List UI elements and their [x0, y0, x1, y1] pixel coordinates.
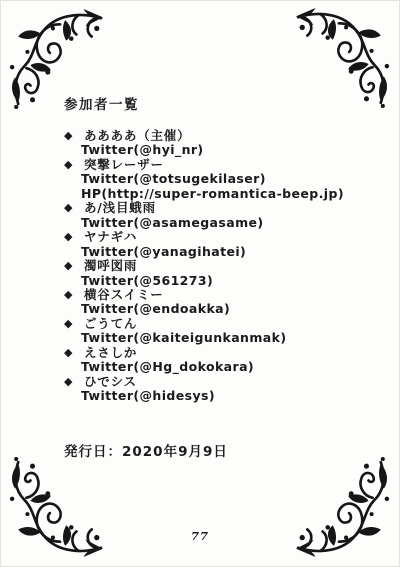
participant-detail: Twitter(@Hg_dokokara) [64, 360, 379, 374]
participant-item: ◆ ああああ（主催） Twitter(@hyi_nr) [64, 129, 379, 158]
diamond-bullet-icon: ◆ [64, 230, 84, 244]
participant-detail: Twitter(@totsugekilaser) [64, 172, 379, 186]
participant-item: ◆ ごうてん Twitter(@kaiteigunkanmak) [64, 317, 379, 346]
participant-detail: Twitter(@561273) [64, 274, 379, 288]
participant-item: ◆ ヤナギハ Twitter(@yanagihatei) [64, 230, 379, 259]
participant-detail: Twitter(@hyi_nr) [64, 143, 379, 157]
participant-details: Twitter(@totsugekilaser)HP(http://super-… [64, 172, 379, 201]
diamond-bullet-icon: ◆ [64, 129, 84, 143]
diamond-bullet-icon: ◆ [64, 201, 84, 215]
diamond-bullet-icon: ◆ [64, 288, 84, 302]
diamond-bullet-icon: ◆ [64, 158, 84, 172]
participant-name: ヤナギハ [84, 230, 137, 244]
participant-detail: Twitter(@asamegasame) [64, 216, 379, 230]
page-number: 77 [1, 529, 399, 543]
participant-details: Twitter(@hidesys) [64, 389, 379, 403]
participant-name: あ/浅目蛾雨 [84, 201, 156, 215]
participant-details: Twitter(@hyi_nr) [64, 143, 379, 157]
participant-detail: Twitter(@endoakka) [64, 302, 379, 316]
participant-item: ◆ あ/浅目蛾雨 Twitter(@asamegasame) [64, 201, 379, 230]
participant-name: 濁呼図雨 [84, 259, 137, 273]
participant-detail: HP(http://super-romantica-beep.jp) [64, 187, 379, 201]
diamond-bullet-icon: ◆ [64, 259, 84, 273]
corner-flourish-ornament-top-right [290, 6, 394, 108]
diamond-bullet-icon: ◆ [64, 375, 84, 389]
credits-page: 参加者一覧 ◆ ああああ（主催） Twitter(@hyi_nr) ◆ 突撃レー… [0, 0, 400, 567]
participant-name: 突撃レーザー [84, 158, 164, 172]
corner-flourish-ornament-bottom-left [5, 457, 109, 559]
participant-details: Twitter(@561273) [64, 274, 379, 288]
participant-detail: Twitter(@hidesys) [64, 389, 379, 403]
participant-details: Twitter(@endoakka) [64, 302, 379, 316]
participant-details: Twitter(@asamegasame) [64, 216, 379, 230]
participant-item: ◆ 横谷スイミー Twitter(@endoakka) [64, 288, 379, 317]
participant-details: Twitter(@yanagihatei) [64, 245, 379, 259]
diamond-bullet-icon: ◆ [64, 317, 84, 331]
participant-name: ごうてん [84, 317, 137, 331]
diamond-bullet-icon: ◆ [64, 346, 84, 360]
participant-name: えさしか [84, 346, 137, 360]
participant-name: ひでシス [84, 375, 137, 389]
participant-list: ◆ ああああ（主催） Twitter(@hyi_nr) ◆ 突撃レーザー Twi… [64, 129, 379, 404]
participant-item: ◆ 濁呼図雨 Twitter(@561273) [64, 259, 379, 288]
participant-item: ◆ えさしか Twitter(@Hg_dokokara) [64, 346, 379, 375]
participant-name: 横谷スイミー [84, 288, 164, 302]
page-title: 参加者一覧 [64, 93, 139, 113]
participant-details: Twitter(@kaiteigunkanmak) [64, 331, 379, 345]
participant-name: ああああ（主催） [84, 129, 190, 143]
participant-item: ◆ ひでシス Twitter(@hidesys) [64, 375, 379, 404]
participant-detail: Twitter(@yanagihatei) [64, 245, 379, 259]
participant-item: ◆ 突撃レーザー Twitter(@totsugekilaser)HP(http… [64, 158, 379, 201]
participant-details: Twitter(@Hg_dokokara) [64, 360, 379, 374]
participant-detail: Twitter(@kaiteigunkanmak) [64, 331, 379, 345]
corner-flourish-ornament-bottom-right [290, 457, 394, 559]
publication-date: 発行日：2020年9月9日 [64, 440, 228, 460]
